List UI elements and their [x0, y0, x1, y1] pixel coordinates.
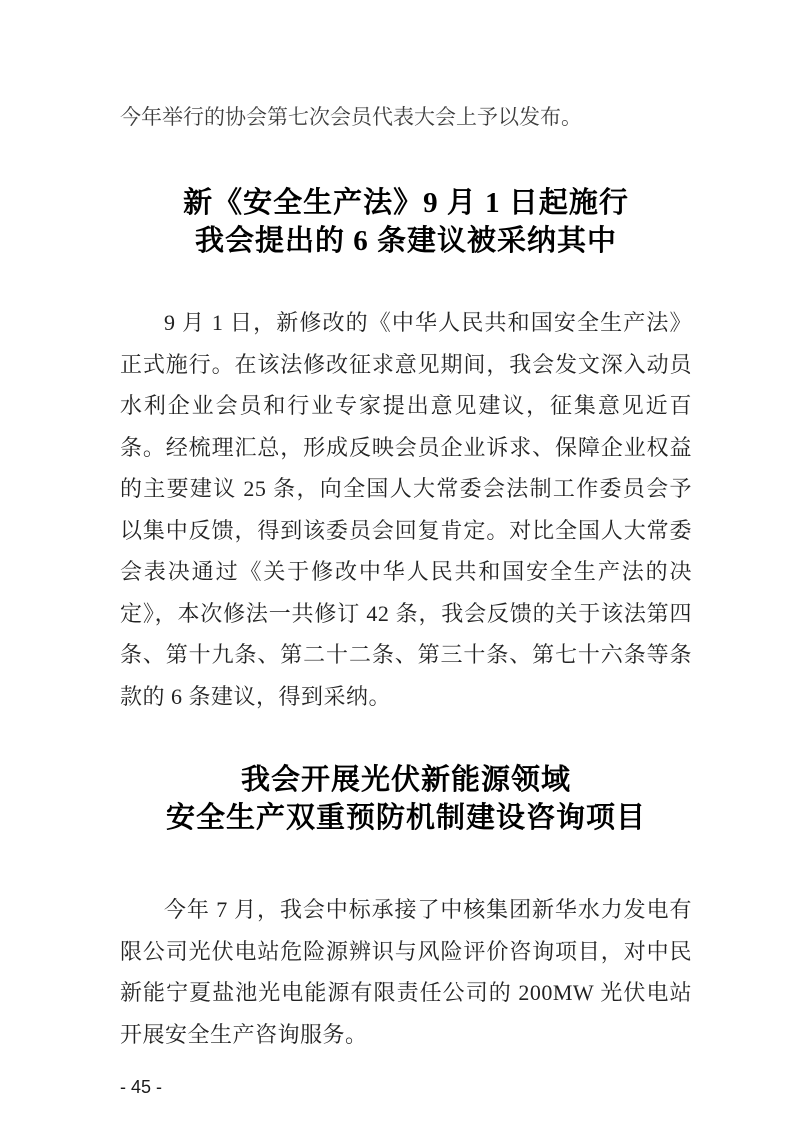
article2-title-line1: 我会开展光伏新能源领域 [120, 761, 692, 799]
article2-title-line2: 安全生产双重预防机制建设咨询项目 [120, 799, 692, 837]
article1-title-line2: 我会提出的 6 条建议被采纳其中 [120, 222, 692, 260]
page-number: - 45 - [120, 1077, 692, 1098]
article1-title: 新《安全生产法》9 月 1 日起施行 我会提出的 6 条建议被采纳其中 [120, 184, 692, 260]
intro-paragraph: 今年举行的协会第七次会员代表大会上予以发布。 [120, 103, 692, 131]
article1-paragraph: 9 月 1 日，新修改的《中华人民共和国安全生产法》正式施行。在该法修改征求意见… [120, 302, 692, 717]
article2-title: 我会开展光伏新能源领域 安全生产双重预防机制建设咨询项目 [120, 761, 692, 837]
document-page: 今年举行的协会第七次会员代表大会上予以发布。 新《安全生产法》9 月 1 日起施… [0, 0, 800, 1131]
article2-paragraph: 今年 7 月，我会中标承接了中核集团新华水力发电有限公司光伏电站危险源辨识与风险… [120, 889, 692, 1055]
article1-title-line1: 新《安全生产法》9 月 1 日起施行 [120, 184, 692, 222]
